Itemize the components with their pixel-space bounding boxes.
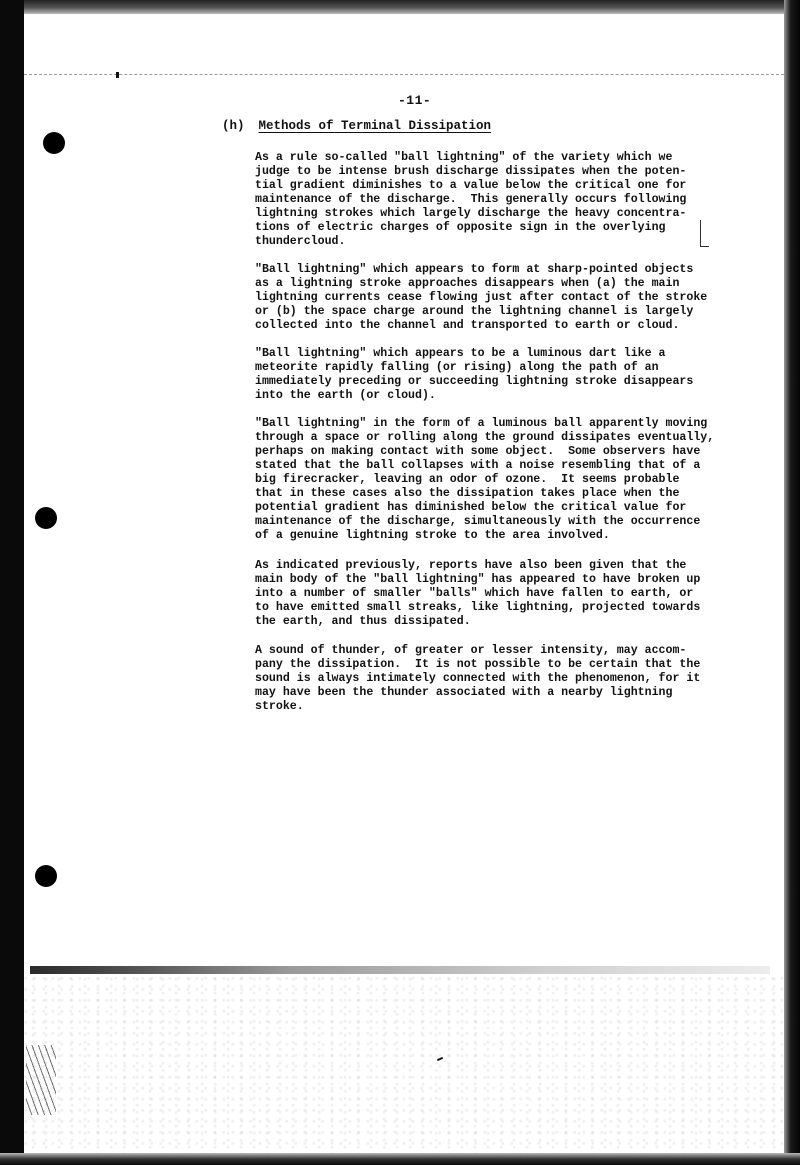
scan-speckle <box>24 975 784 1153</box>
paragraph-2: "Ball lightning" which appears to form a… <box>255 263 735 333</box>
text-line: sound is always intimately connected wit… <box>255 672 735 686</box>
scan-border-bottom <box>0 1153 800 1165</box>
punch-hole-top <box>43 132 65 154</box>
text-line: tions of electric charges of opposite si… <box>255 221 735 235</box>
text-line: stated that the ball collapses with a no… <box>255 459 735 473</box>
paragraph-3: "Ball lightning" which appears to be a l… <box>255 347 735 403</box>
text-line: meteorite rapidly falling (or rising) al… <box>255 361 735 375</box>
text-line: may have been the thunder associated wit… <box>255 686 735 700</box>
page-number: -11- <box>398 93 431 108</box>
margin-bracket-mark <box>700 220 709 247</box>
text-line: lightning currents cease flowing just af… <box>255 291 735 305</box>
text-line: perhaps on making contact with some obje… <box>255 445 735 459</box>
punch-hole-middle <box>35 507 57 529</box>
scan-border-left <box>0 0 24 1165</box>
text-line: "Ball lightning" which appears to form a… <box>255 263 735 277</box>
text-line: the earth, and thus dissipated. <box>255 615 735 629</box>
bottom-scan-band <box>30 966 770 974</box>
text-line: stroke. <box>255 700 735 714</box>
text-line: collected into the channel and transport… <box>255 319 735 333</box>
text-line: main body of the "ball lightning" has ap… <box>255 573 735 587</box>
paragraph-1: As a rule so-called "ball lightning" of … <box>255 151 735 249</box>
text-line: big firecracker, leaving an odor of ozon… <box>255 473 735 487</box>
scan-border-right <box>784 0 800 1165</box>
section-heading: (h)Methods of Terminal Dissipation <box>222 119 491 133</box>
paragraph-6: A sound of thunder, of greater or lesser… <box>255 644 735 714</box>
text-line: that in these cases also the dissipation… <box>255 487 735 501</box>
text-line: immediately preceding or succeeding ligh… <box>255 375 735 389</box>
text-line: "Ball lightning" which appears to be a l… <box>255 347 735 361</box>
text-line: tial gradient diminishes to a value belo… <box>255 179 735 193</box>
scan-border-top <box>0 0 800 14</box>
margin-scribble <box>26 1045 56 1115</box>
text-line: as a lightning stroke approaches disappe… <box>255 277 735 291</box>
section-title: Methods of Terminal Dissipation <box>259 119 492 133</box>
section-label: (h) <box>222 119 245 133</box>
text-line: A sound of thunder, of greater or lesser… <box>255 644 735 658</box>
text-line: through a space or rolling along the gro… <box>255 431 735 445</box>
stray-mark <box>116 72 119 78</box>
text-line: or (b) the space charge around the light… <box>255 305 735 319</box>
punch-hole-bottom <box>35 865 57 887</box>
text-line: As indicated previously, reports have al… <box>255 559 735 573</box>
text-line: judge to be intense brush discharge diss… <box>255 165 735 179</box>
text-line: maintenance of the discharge, simultaneo… <box>255 515 735 529</box>
text-line: to have emitted small streaks, like ligh… <box>255 601 735 615</box>
text-line: maintenance of the discharge. This gener… <box>255 193 735 207</box>
text-line: into the earth (or cloud). <box>255 389 735 403</box>
text-line: into a number of smaller "balls" which h… <box>255 587 735 601</box>
fold-line <box>24 74 784 76</box>
paragraph-4: "Ball lightning" in the form of a lumino… <box>255 417 735 543</box>
text-line: lightning strokes which largely discharg… <box>255 207 735 221</box>
text-line: of a genuine lightning stroke to the are… <box>255 529 735 543</box>
text-line: "Ball lightning" in the form of a lumino… <box>255 417 735 431</box>
text-line: pany the dissipation. It is not possible… <box>255 658 735 672</box>
text-line: thundercloud. <box>255 235 735 249</box>
paragraph-5: As indicated previously, reports have al… <box>255 559 735 629</box>
text-line: potential gradient has diminished below … <box>255 501 735 515</box>
text-line: As a rule so-called "ball lightning" of … <box>255 151 735 165</box>
